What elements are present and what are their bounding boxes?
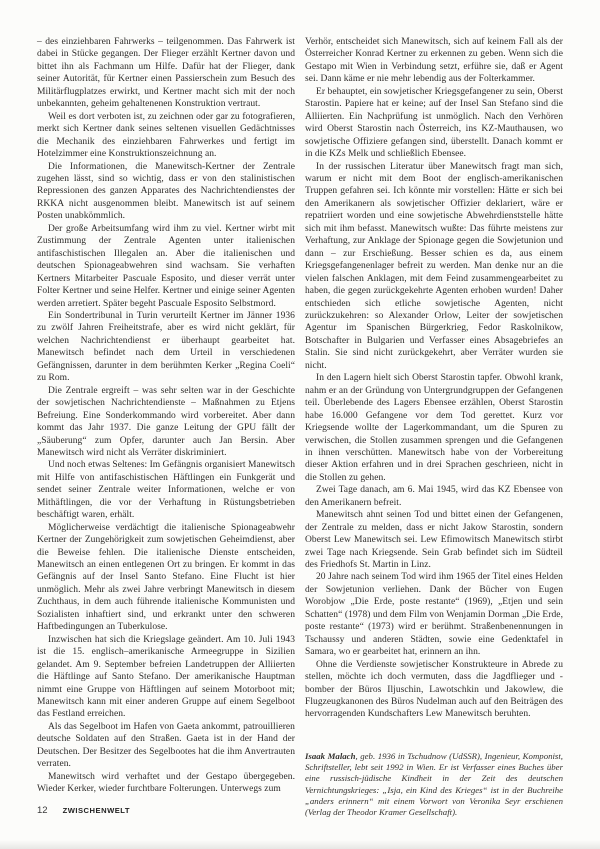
journal-page: – des einziehbaren Fahrwerks – teilgenom… — [0, 0, 600, 849]
paragraph: Und noch etwas Seltenes: Im Gefängnis or… — [37, 459, 295, 521]
paragraph: 20 Jahre nach seinem Tod wird ihm 1965 d… — [305, 571, 563, 658]
paragraph: Ein Sondertribunal in Turin verurteilt K… — [37, 310, 295, 385]
paragraph: In der russischen Literatur über Manewit… — [305, 161, 563, 373]
paragraph: Möglicherweise verdächtigt die italienis… — [37, 522, 295, 634]
paragraph: Ohne die Verdienste sowjetischer Konstru… — [305, 659, 563, 721]
paragraph: Zwei Tage danach, am 6. Mai 1945, wird d… — [305, 484, 563, 509]
paragraph: Der große Arbeitsumfang wird ihm zu viel… — [37, 223, 295, 310]
paragraph: Er behauptet, ein sowjetischer Kriegsgef… — [305, 86, 563, 161]
page-number: 12 — [37, 805, 48, 816]
paragraph: Manewitsch wird verhaftet und der Gestap… — [37, 771, 295, 796]
page-bottom-edge — [0, 840, 600, 849]
paragraph: Verhör, entscheidet sich Manewitsch, sic… — [305, 36, 563, 86]
page-footer: 12 ZWISCHENWELT — [37, 805, 130, 816]
left-text-column: – des einziehbaren Fahrwerks – teilgenom… — [37, 36, 295, 796]
paragraph: Weil es dort verboten ist, zu zeichnen o… — [37, 111, 295, 161]
author-name: Isaak Malach — [305, 751, 355, 761]
paragraph: In den Lagern hielt sich Oberst Starosti… — [305, 372, 563, 484]
paragraph: Die Zentrale ergreift – was sehr selten … — [37, 385, 295, 460]
paragraph: Manewitsch ahnt seinen Tod und bittet ei… — [305, 509, 563, 571]
paragraph: Die Informationen, die Manewitsch-Kertne… — [37, 161, 295, 223]
paragraph: – des einziehbaren Fahrwerks – teilgenom… — [37, 36, 295, 111]
paragraph: Als das Segelboot im Hafen von Gaeta ank… — [37, 721, 295, 771]
journal-title: ZWISCHENWELT — [63, 806, 130, 815]
paragraph: Inzwischen hat sich die Kriegslage geänd… — [37, 634, 295, 721]
right-text-column: Verhör, entscheidet sich Manewitsch, sic… — [305, 36, 563, 721]
author-bio: Isaak Malach, geb. 1936 in Tschudnow (Ud… — [305, 751, 563, 819]
